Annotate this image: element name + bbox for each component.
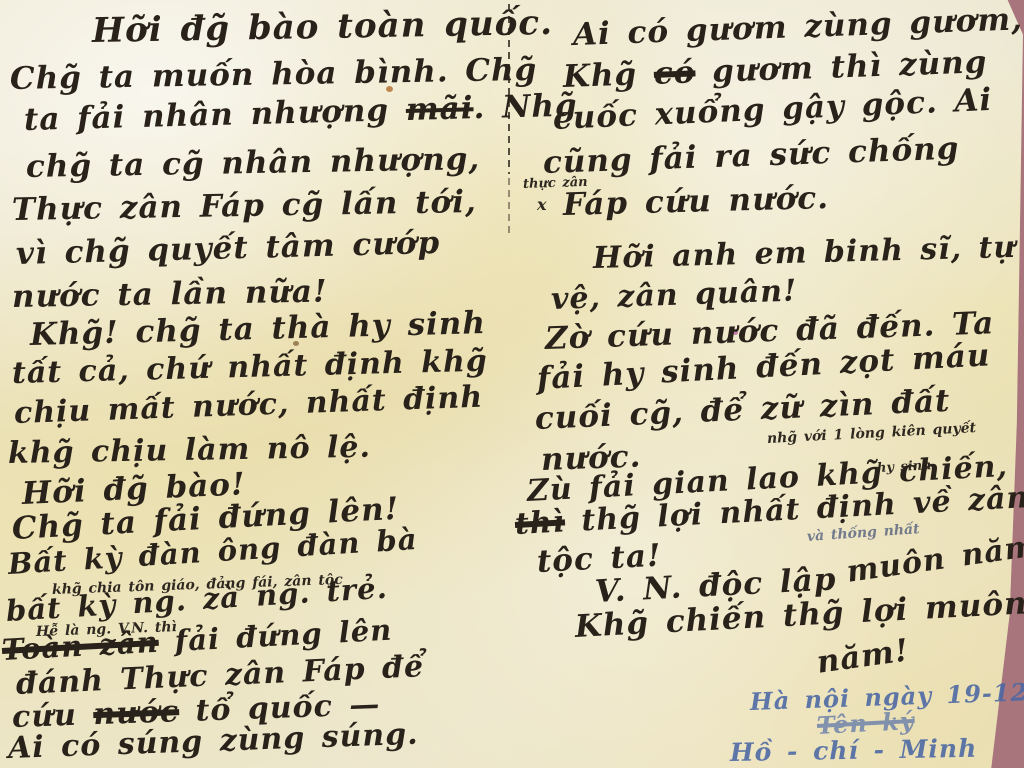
struck-word: mãi [405,90,474,128]
struck-signature: Tên ký [816,709,915,738]
margin-insert-mark: x [537,197,547,213]
struck-word: thì [514,504,566,542]
manuscript-line: ta fải nhân nhượng mãi. Nhg̃ [24,91,578,136]
manuscript-line: nước ta lần nữa! [12,276,328,313]
manuscript-line: khg̃ chịu làm nô lệ. [8,433,371,469]
struck-word: có [653,54,696,91]
manuscript-line: năm! [815,635,911,679]
heading-line: Hỡi đg̃ bào toàn quốc. [92,6,553,48]
left-page: Hỡi đg̃ bào toàn quốc. Chg̃ ta muốn hòa … [0,0,512,768]
right-page: Ai có gươm zùng gươm, Khg̃ có gươm thì z… [515,0,1024,768]
manuscript-line: vì chg̃ quyết tâm cướp [16,228,441,270]
manuscript-line: cũng fải ra sức chống [542,133,959,179]
manuscript-line: chịu mất nước, nhất định [13,383,483,429]
struck-word: Toàn zân [1,625,159,667]
manuscript-line: Hỡi anh em binh sĩ, tự [593,233,1017,274]
manuscript-line: chg̃ ta cg̃ nhân nhượng, [26,144,481,183]
manuscript-line: Ai có gươm zùng gươm, [572,4,1023,51]
manuscript-line: Fáp cứu nước. [563,183,830,221]
line-segment: ta fải nhân nhượng [24,92,407,138]
manuscript-line: Chg̃ ta muốn hòa bình. Chg̃ [10,55,538,95]
signature: Hồ - chí - Minh [730,736,978,765]
manuscript-photo: Hỡi đg̃ bào toàn quốc. Chg̃ ta muốn hòa … [0,0,1024,768]
line-segment: Khg̃ [562,56,654,95]
manuscript-line: Thực zân Fáp cg̃ lấn tới, [12,187,477,226]
manuscript-line: vệ, zân quân! [550,276,797,315]
